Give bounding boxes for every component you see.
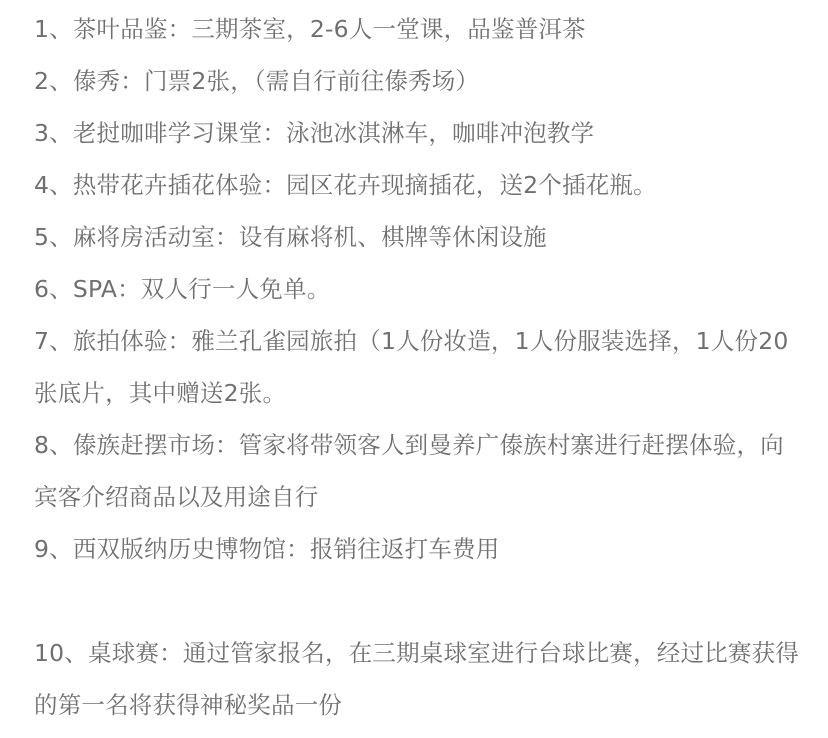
list-item-tea-tasting: 1、茶叶品鉴：三期茶室，2-6人一堂课，品鉴普洱茶 xyxy=(34,3,804,55)
list-item-dai-market: 8、傣族赶摆市场：管家将带领客人到曼养广傣族村寨进行赶摆体验，向宾客介绍商品以及… xyxy=(34,419,804,523)
list-item-mahjong-room: 5、麻将房活动室：设有麻将机、棋牌等休闲设施 xyxy=(34,211,804,263)
list-item-spa: 6、SPA：双人行一人免单。 xyxy=(34,263,804,315)
list-item-flower-arranging: 4、热带花卉插花体验：园区花卉现摘插花，送2个插花瓶。 xyxy=(34,159,804,211)
activity-list: 1、茶叶品鉴：三期茶室，2-6人一堂课，品鉴普洱茶 2、傣秀：门票2张，（需自行… xyxy=(34,3,804,731)
list-item-billiards: 10、桌球赛：通过管家报名，在三期桌球室进行台球比赛，经过比赛获得的第一名将获得… xyxy=(34,627,804,731)
list-item-history-museum: 9、西双版纳历史博物馆：报销往返打车费用 xyxy=(34,523,804,575)
list-item-travel-photo: 7、旅拍体验：雅兰孔雀园旅拍（1人份妆造，1人份服装选择，1人份20张底片，其中… xyxy=(34,315,804,419)
list-item-dai-show: 2、傣秀：门票2张，（需自行前往傣秀场） xyxy=(34,55,804,107)
list-item-coffee-class: 3、老挝咖啡学习课堂：泳池冰淇淋车，咖啡冲泡教学 xyxy=(34,107,804,159)
paragraph-spacer xyxy=(34,575,804,627)
